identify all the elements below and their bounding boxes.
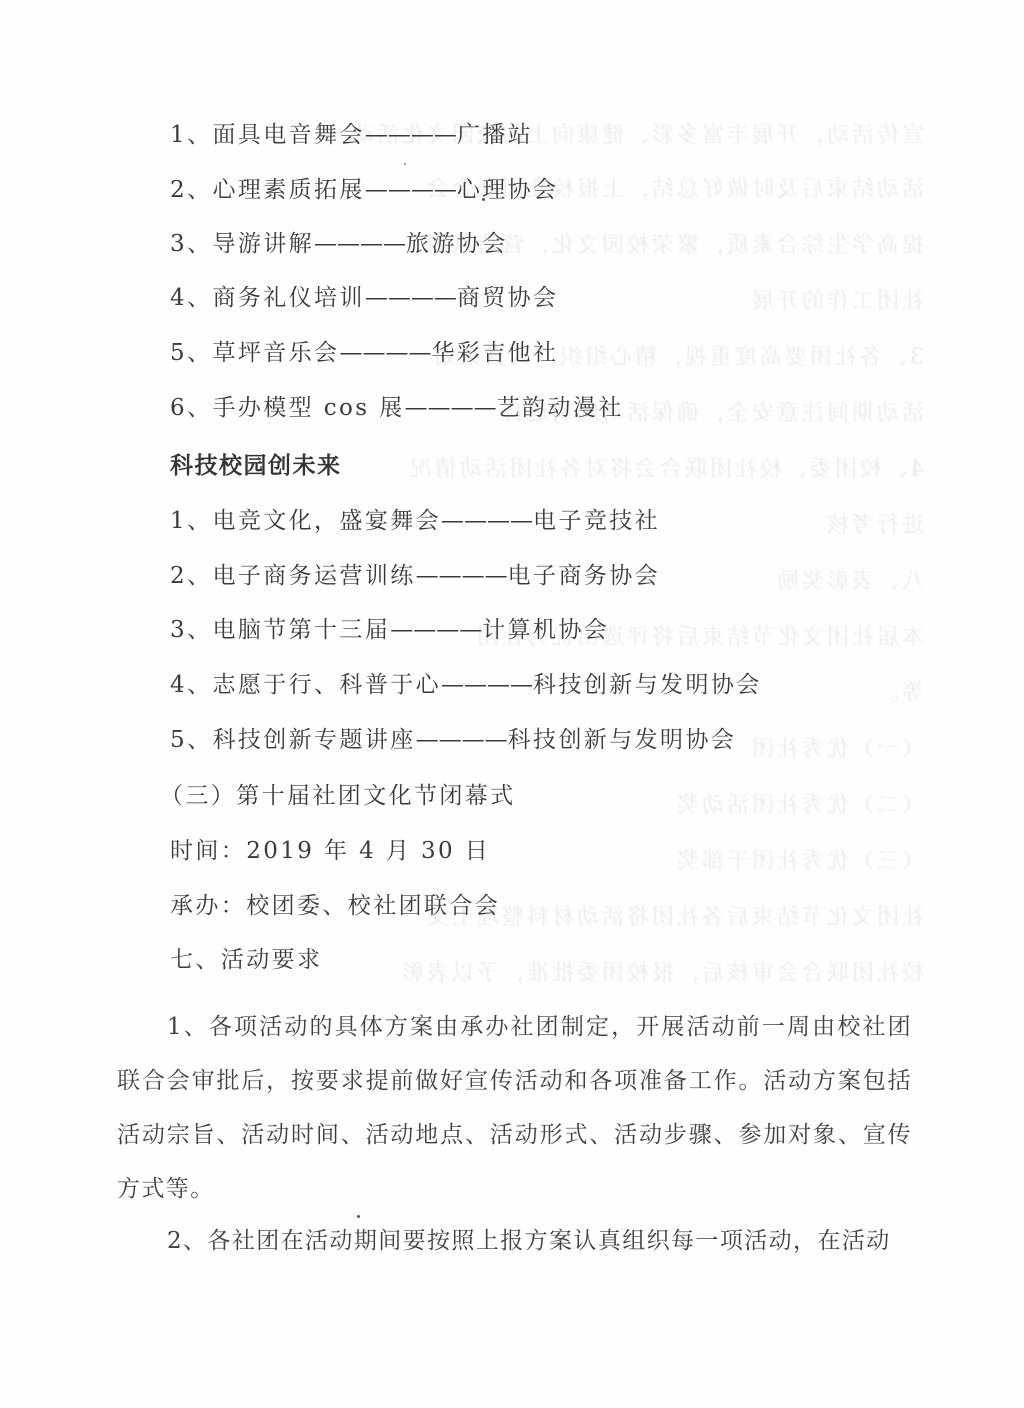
list-item: 3、电脑节第十三届————计算机协会 bbox=[170, 615, 609, 645]
list-item: 1、电竞文化，盛宴舞会————电子竞技社 bbox=[170, 506, 660, 536]
list-item: 2、心理素质拓展————心理协会 bbox=[170, 175, 558, 205]
list-item: 5、草坪音乐会————华彩吉他社 bbox=[170, 338, 558, 368]
list-item: 5、科技创新专题讲座————科技创新与发明协会 bbox=[170, 725, 736, 755]
list-item: 2、电子商务运营训练————电子商务协会 bbox=[170, 561, 660, 591]
list-item: 3、导游讲解————旅游协会 bbox=[170, 229, 508, 259]
list-item: 6、手办模型 cos 展————艺韵动漫社 bbox=[170, 393, 624, 423]
closing-ceremony-time: 时间：2019 年 4 月 30 日 bbox=[170, 836, 490, 866]
requirement-paragraph-1: 1、各项活动的具体方案由承办社团制定，开展活动前一周由校社团联合会审批后，按要求… bbox=[117, 1000, 912, 1216]
list-item: 1、面具电音舞会————广播站 bbox=[170, 120, 533, 150]
closing-ceremony-host: 承办：校团委、校社团联合会 bbox=[170, 891, 500, 921]
scan-speck bbox=[482, 198, 485, 201]
requirements-heading: 七、活动要求 bbox=[170, 945, 322, 975]
closing-ceremony-title: （三）第十届社团文化节闭幕式 bbox=[160, 781, 516, 811]
scan-speck bbox=[404, 163, 406, 165]
scan-speck bbox=[357, 1215, 360, 1218]
scanned-document-page: 宣传活动，开展丰富多彩、健康向上的校园文化活动 活动结束后及时做好总结，上报校社… bbox=[0, 0, 1024, 1408]
requirement-paragraph-2: 2、各社团在活动期间要按照上报方案认真组织每一项活动，在活动 bbox=[117, 1214, 912, 1268]
section-heading: 科技校园创未来 bbox=[170, 451, 342, 481]
list-item: 4、志愿于行、科普于心————科技创新与发明协会 bbox=[170, 670, 762, 700]
list-item: 4、商务礼仪培训————商贸协会 bbox=[170, 283, 558, 313]
